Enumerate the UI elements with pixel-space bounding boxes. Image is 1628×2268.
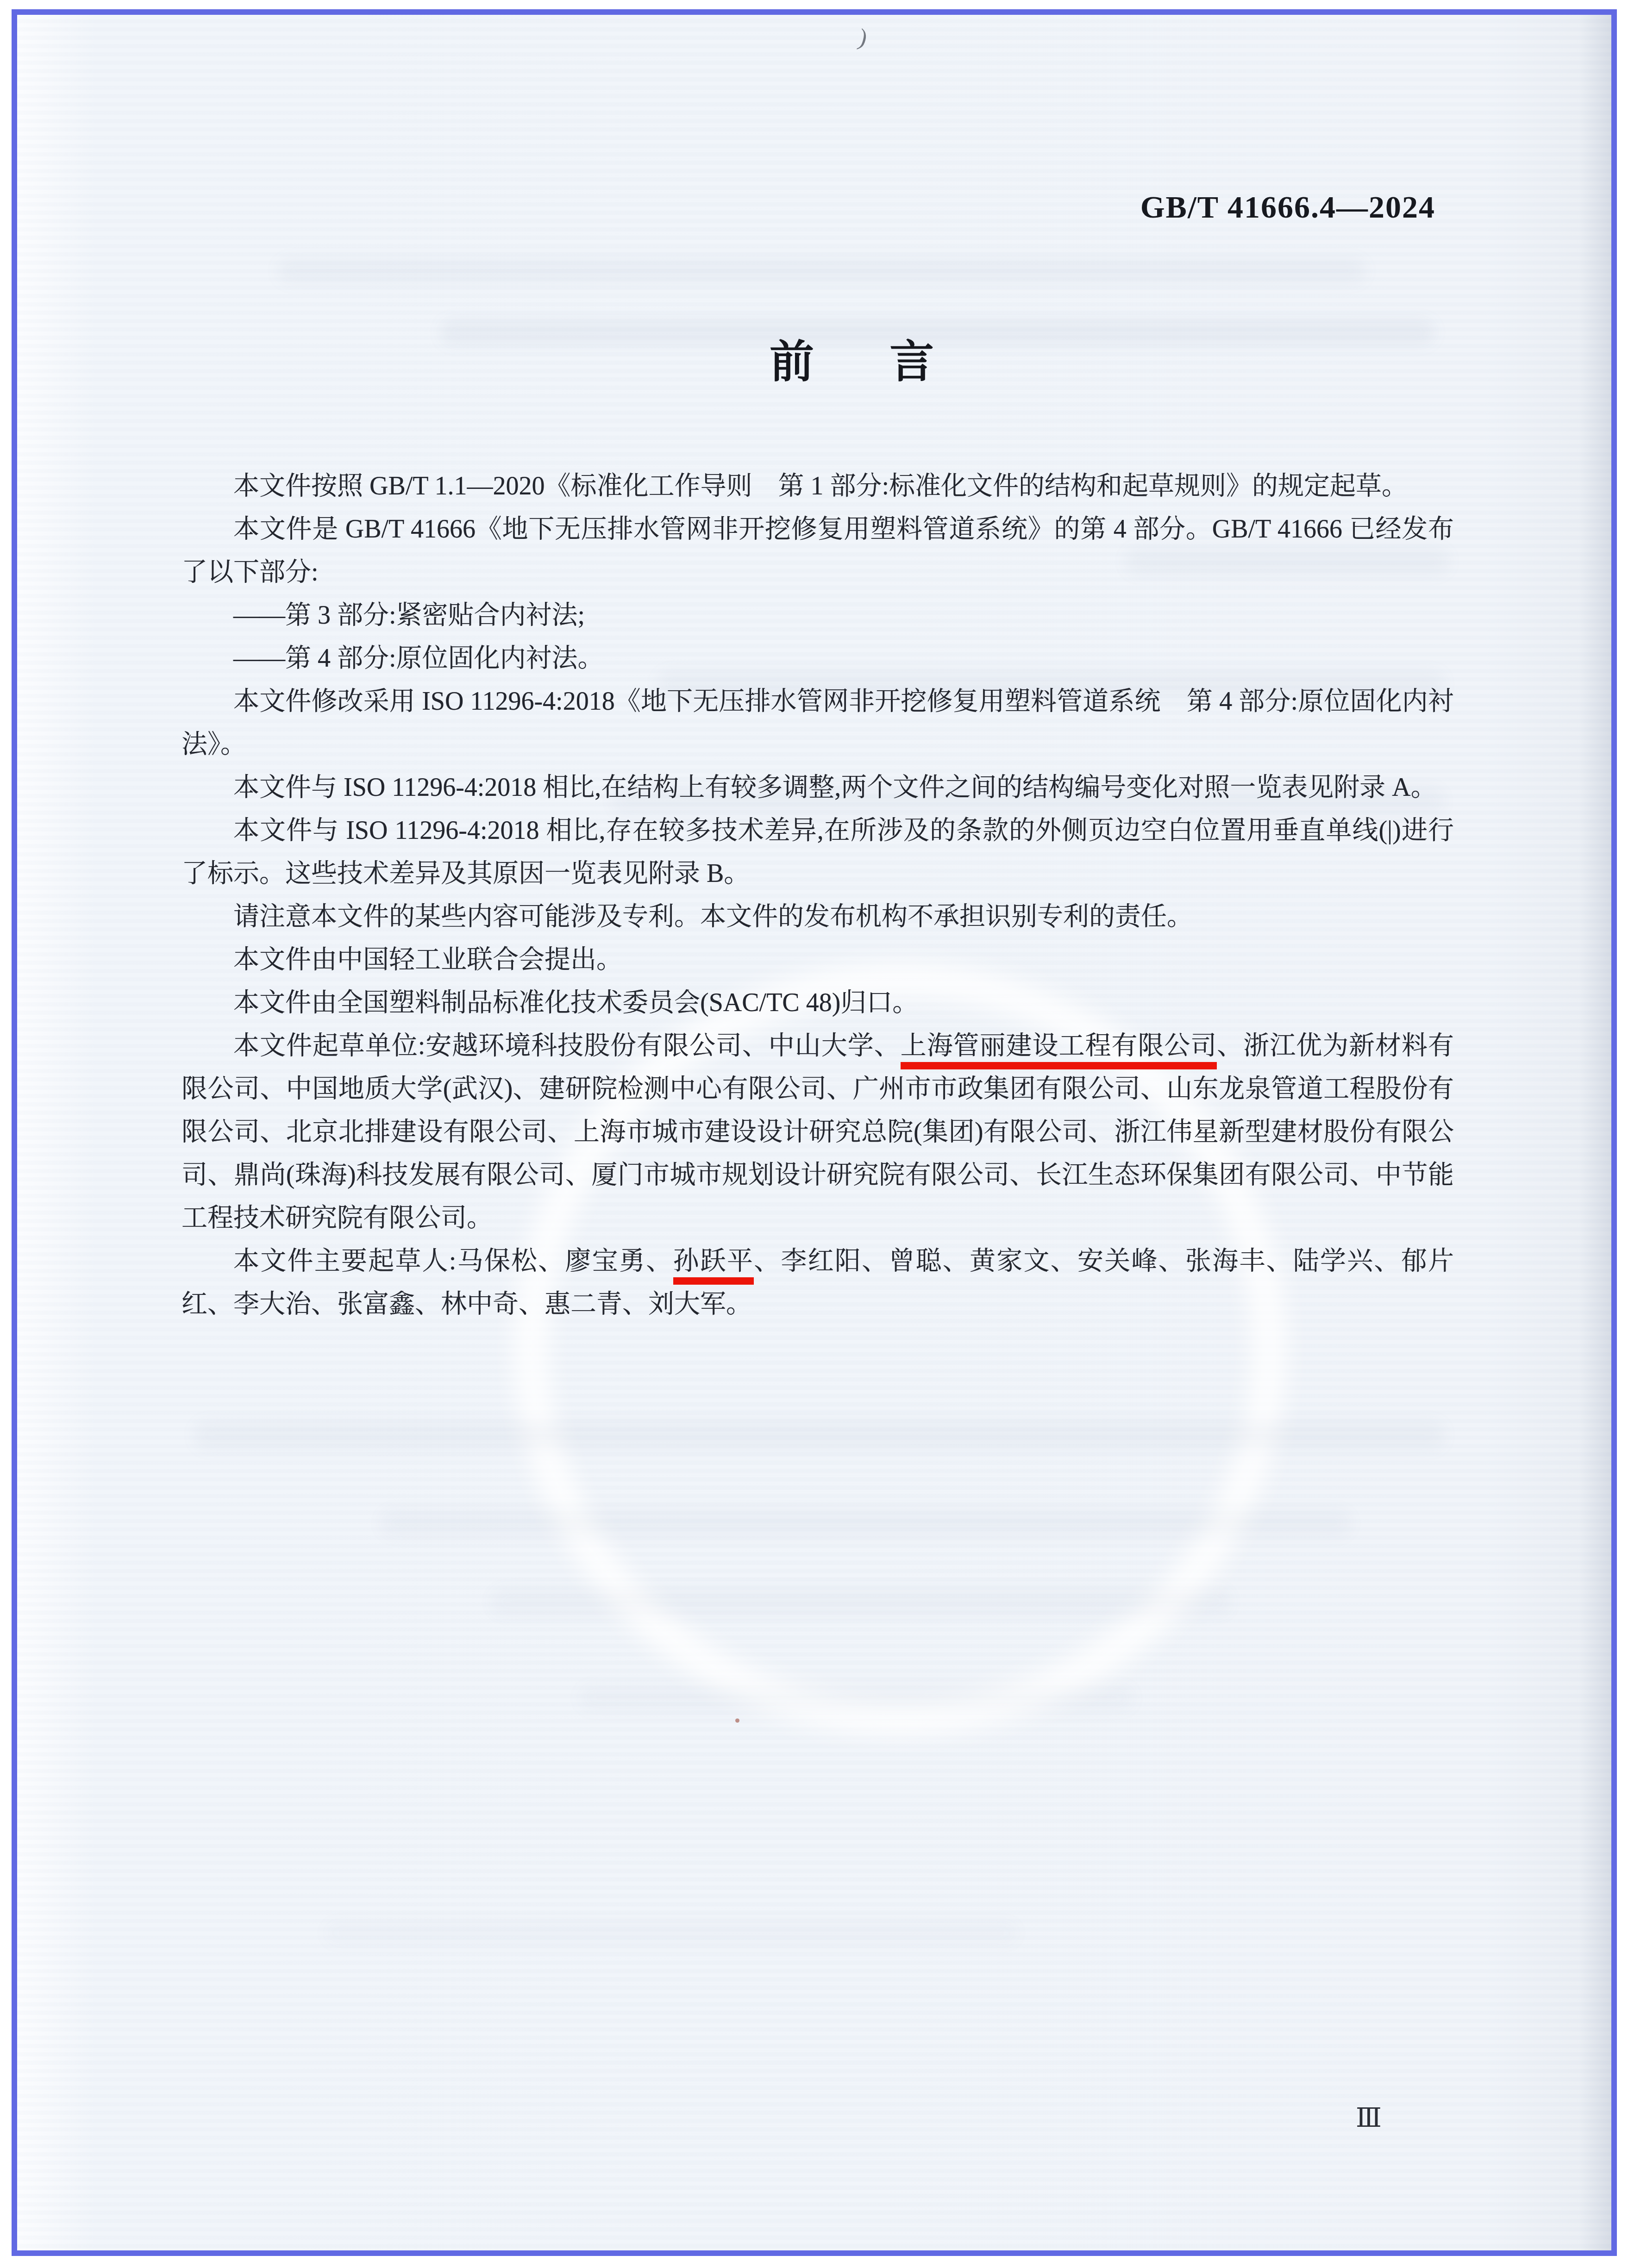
paragraph: 本文件是 GB/T 41666《地下无压排水管网非开挖修复用塑料管道系统》的第 …: [182, 508, 1454, 594]
paragraph: 本文件起草单位:安越环境科技股份有限公司、中山大学、上海管丽建设工程有限公司、浙…: [182, 1025, 1454, 1240]
page-number: Ⅲ: [1356, 2102, 1382, 2133]
bleedthrough-artifact: [491, 1588, 1232, 1616]
paragraph: 本文件主要起草人:马保松、廖宝勇、孙跃平、李红阳、曾聪、黄家文、安关峰、张海丰、…: [182, 1240, 1454, 1326]
text-segment: 本文件是 GB/T 41666《地下无压排水管网非开挖修复用塑料管道系统》的第 …: [182, 515, 1454, 587]
red-underlined-text: 孙跃平: [673, 1247, 754, 1285]
paragraph: 本文件由中国轻工业联合会提出。: [182, 938, 1454, 981]
bleedthrough-artifact: [579, 1685, 1134, 1711]
paragraph: 本文件与 ISO 11296-4:2018 相比,存在较多技术差异,在所涉及的条…: [182, 809, 1454, 895]
foreword-body: 本文件按照 GB/T 1.1—2020《标准化工作导则 第 1 部分:标准化文件…: [182, 465, 1454, 1326]
bleedthrough-artifact: [194, 1421, 1445, 1449]
paragraph: 本文件由全国塑料制品标准化技术委员会(SAC/TC 48)归口。: [182, 981, 1454, 1025]
text-segment: 本文件与 ISO 11296-4:2018 相比,存在较多技术差异,在所涉及的条…: [182, 816, 1454, 888]
text-segment: 本文件与 ISO 11296-4:2018 相比,在结构上有较多调整,两个文件之…: [233, 773, 1437, 802]
page-title: 前言: [0, 326, 1628, 390]
text-segment: 本文件修改采用 ISO 11296-4:2018《地下无压排水管网非开挖修复用塑…: [182, 687, 1454, 759]
scan-speck: [735, 1718, 739, 1723]
text-segment: 本文件由中国轻工业联合会提出。: [233, 945, 622, 974]
text-segment: 、浙江优为新材料有限公司、中国地质大学(武汉)、建研院检测中心有限公司、广州市市…: [182, 1031, 1454, 1232]
bleedthrough-artifact: [278, 259, 1366, 282]
paragraph: ——第 4 部分:原位固化内衬法。: [182, 637, 1454, 680]
bleedthrough-artifact: [380, 1509, 1352, 1537]
text-segment: 本文件由全国塑料制品标准化技术委员会(SAC/TC 48)归口。: [233, 988, 918, 1017]
text-segment: ——第 3 部分:紧密贴合内衬法;: [233, 601, 585, 630]
paragraph: 本文件修改采用 ISO 11296-4:2018《地下无压排水管网非开挖修复用塑…: [182, 680, 1454, 766]
red-underlined-text: 上海管丽建设工程有限公司: [901, 1031, 1217, 1069]
bleedthrough-artifact: [324, 1921, 1019, 1944]
scanned-standard-page: ) GB/T 41666.4—2024 前言 本文件按照 GB/T 1.1—20…: [0, 0, 1628, 2268]
text-segment: 本文件起草单位:安越环境科技股份有限公司、中山大学、: [233, 1031, 901, 1060]
paragraph: 请注意本文件的某些内容可能涉及专利。本文件的发布机构不承担识别专利的责任。: [182, 895, 1454, 938]
text-segment: ——第 4 部分:原位固化内衬法。: [233, 644, 604, 673]
paragraph: 本文件与 ISO 11296-4:2018 相比,在结构上有较多调整,两个文件之…: [182, 766, 1454, 809]
standard-code: GB/T 41666.4—2024: [1102, 189, 1435, 225]
text-segment: 本文件主要起草人:马保松、廖宝勇、: [233, 1247, 673, 1275]
paragraph: ——第 3 部分:紧密贴合内衬法;: [182, 594, 1454, 637]
paragraph: 本文件按照 GB/T 1.1—2020《标准化工作导则 第 1 部分:标准化文件…: [182, 465, 1454, 508]
text-segment: 请注意本文件的某些内容可能涉及专利。本文件的发布机构不承担识别专利的责任。: [233, 902, 1193, 931]
text-segment: 本文件按照 GB/T 1.1—2020《标准化工作导则 第 1 部分:标准化文件…: [233, 472, 1408, 500]
